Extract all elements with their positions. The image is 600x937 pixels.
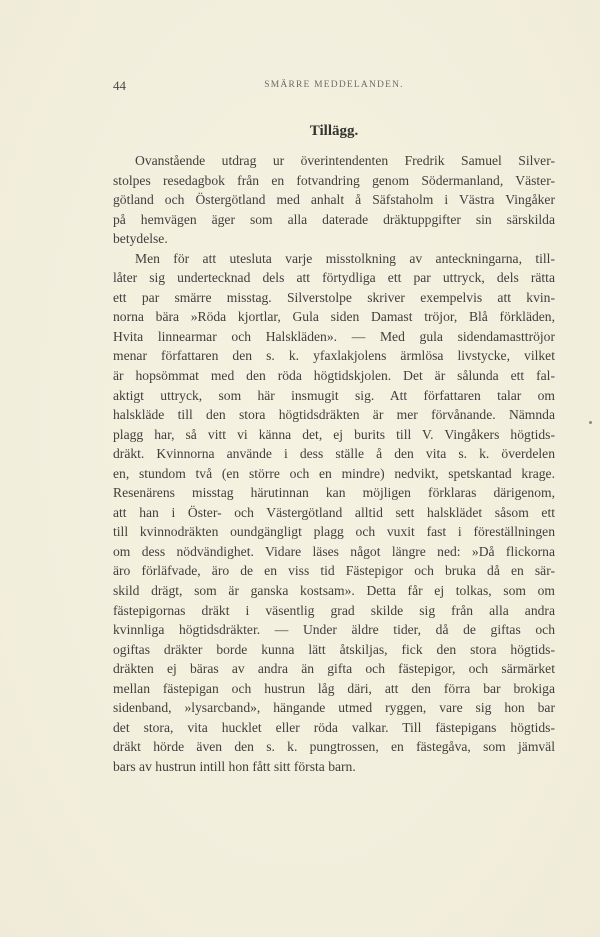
text-line: sidenband, »lysarcband», hängande utmed … [113, 698, 555, 718]
text-line: halskläde till den stora högtidsdräkten … [113, 405, 555, 425]
text-line: låter sig undertecknad dels att förtydli… [113, 268, 555, 288]
text-line: dräkten ej bäras av andra än gifta och f… [113, 659, 555, 679]
text-line: skild drägt, som är ganska kostsam». Det… [113, 581, 555, 601]
text-line: plagg har, så vitt vi känna det, ej buri… [113, 425, 555, 445]
text-line: aktigt uttryck, som här insmugit sig. At… [113, 386, 555, 406]
text-line: är hopsömmat med den röda högtidskjolen.… [113, 366, 555, 386]
text-line: mellan fästepigan och hustrun låg däri, … [113, 679, 555, 699]
text-line: dräkt. Kvinnorna använde i dess ställe å… [113, 444, 555, 464]
text-line: betydelse. [113, 229, 555, 249]
text-line: bars av hustrun intill hon fått sitt för… [113, 757, 555, 777]
text-line: fästepigornas dräkt i väsentlig grad ski… [113, 601, 555, 621]
section-title: Tillägg. [113, 123, 555, 140]
text-line: till kvinnodräkten oundgängligt plagg oc… [113, 522, 555, 542]
running-title: SMÄRRE MEDDELANDEN. [113, 80, 555, 90]
text-line: Resenärens misstag härutinnan kan möjlig… [113, 483, 555, 503]
scan-speck [589, 421, 592, 424]
text-line: stolpes resedagbok från en fotvandring g… [113, 171, 555, 191]
text-line: en, stundom två (en större och en mindre… [113, 464, 555, 484]
text-line: att han i Öster- och Västergötland allti… [113, 503, 555, 523]
scanned-page: 44 SMÄRRE MEDDELANDEN. Tillägg. Ovanståe… [0, 0, 600, 937]
text-line: dräkt hörde även den s. k. pungtrossen, … [113, 737, 555, 757]
text-line: götland och Östergötland med anhalt å Sä… [113, 190, 555, 210]
text-line: det stora, vita hucklet eller röda valka… [113, 718, 555, 738]
text-line: Ovanstående utdrag ur överintendenten Fr… [113, 151, 555, 171]
text-line: ett par smärre misstag. Silverstolpe skr… [113, 288, 555, 308]
text-line: ogiftas dräkter borde kunna lätt åtskilj… [113, 640, 555, 660]
text-line: Hvita linnearmar och Halskläden». — Med … [113, 327, 555, 347]
text-line: kvinnliga högtidsdräkter. — Under äldre … [113, 620, 555, 640]
text-line: menar författaren den s. k. yfaxlakjolen… [113, 346, 555, 366]
text-line: äro förläfvade, äro de en viss tid Fäste… [113, 561, 555, 581]
body-text: Ovanstående utdrag ur överintendenten Fr… [113, 151, 555, 777]
running-header: 44 SMÄRRE MEDDELANDEN. [113, 78, 555, 96]
text-line: Men för att utesluta varje misstolkning … [113, 249, 555, 269]
text-line: på hemvägen äger som alla daterade dräkt… [113, 210, 555, 230]
text-line: om dess nödvändighet. Vidare läses något… [113, 542, 555, 562]
text-line: norna bära »Röda kjortlar, Gula siden Da… [113, 307, 555, 327]
